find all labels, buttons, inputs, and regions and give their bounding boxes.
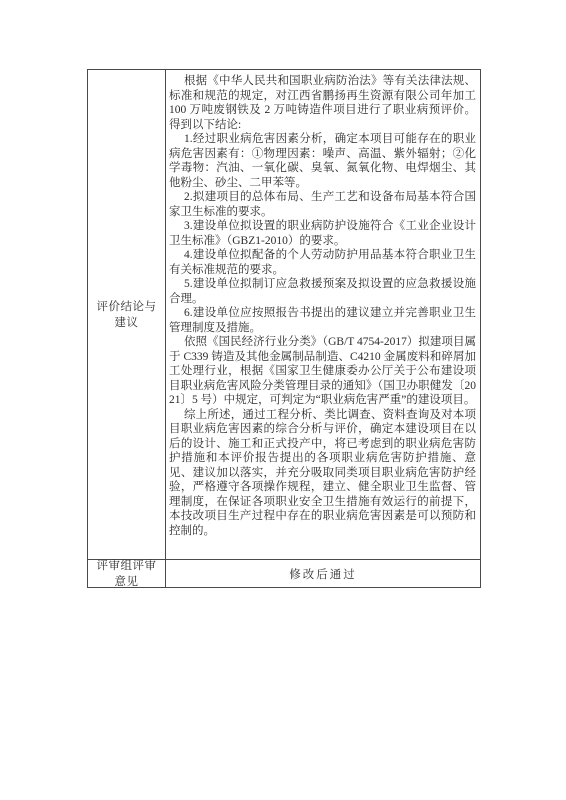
conclusion-content-cell: 根据《中华人民共和国职业病防治法》等有关法律法规、标准和规范的规定，对江西省鹏扬… <box>166 70 480 557</box>
review-row: 评审组评审意见 修改后通过 <box>88 559 480 587</box>
review-table: 评价结论与建议 根据《中华人民共和国职业病防治法》等有关法律法规、标准和规范的规… <box>87 69 481 588</box>
conclusion-paragraph: 2.拟建项目的总体布局、生产工艺和设备布局基本符合国家卫生标准的要求。 <box>169 190 476 219</box>
review-result-cell: 修改后通过 <box>166 560 480 587</box>
document-page: 评价结论与建议 根据《中华人民共和国职业病防治法》等有关法律法规、标准和规范的规… <box>0 0 566 800</box>
conclusion-paragraph: 6.建设单位应按照报告书提出的建议建立并完善职业卫生管理制度及措施。 <box>169 306 476 335</box>
conclusion-paragraph: 依照《国民经济行业分类》（GB/T 4754-2017）拟建项目属于 C339 … <box>169 335 476 408</box>
conclusion-paragraph: 5.建设单位拟制订应急救援预案及拟设置的应急救援设施合理。 <box>169 277 476 306</box>
conclusion-paragraph: 4.建设单位拟配备的个人劳动防护用品基本符合职业卫生有关标准规范的要求。 <box>169 248 476 277</box>
conclusion-paragraph: 3.建设单位拟设置的职业病防护设施符合《工业企业设计卫生标准》（GBZ1-201… <box>169 219 476 248</box>
conclusion-paragraph: 根据《中华人民共和国职业病防治法》等有关法律法规、标准和规范的规定，对江西省鹏扬… <box>169 74 476 132</box>
conclusion-label-cell: 评价结论与建议 <box>88 70 166 559</box>
conclusion-paragraph: 1.经过职业病危害因素分析，确定本项目可能存在的职业病危害因素有：①物理因素：噪… <box>169 132 476 190</box>
conclusion-row: 评价结论与建议 根据《中华人民共和国职业病防治法》等有关法律法规、标准和规范的规… <box>88 70 480 559</box>
conclusion-paragraph: 综上所述，通过工程分析、类比调查、资料查询及对本项目职业病危害因素的综合分析与评… <box>169 408 476 539</box>
review-label-cell: 评审组评审意见 <box>88 560 166 587</box>
